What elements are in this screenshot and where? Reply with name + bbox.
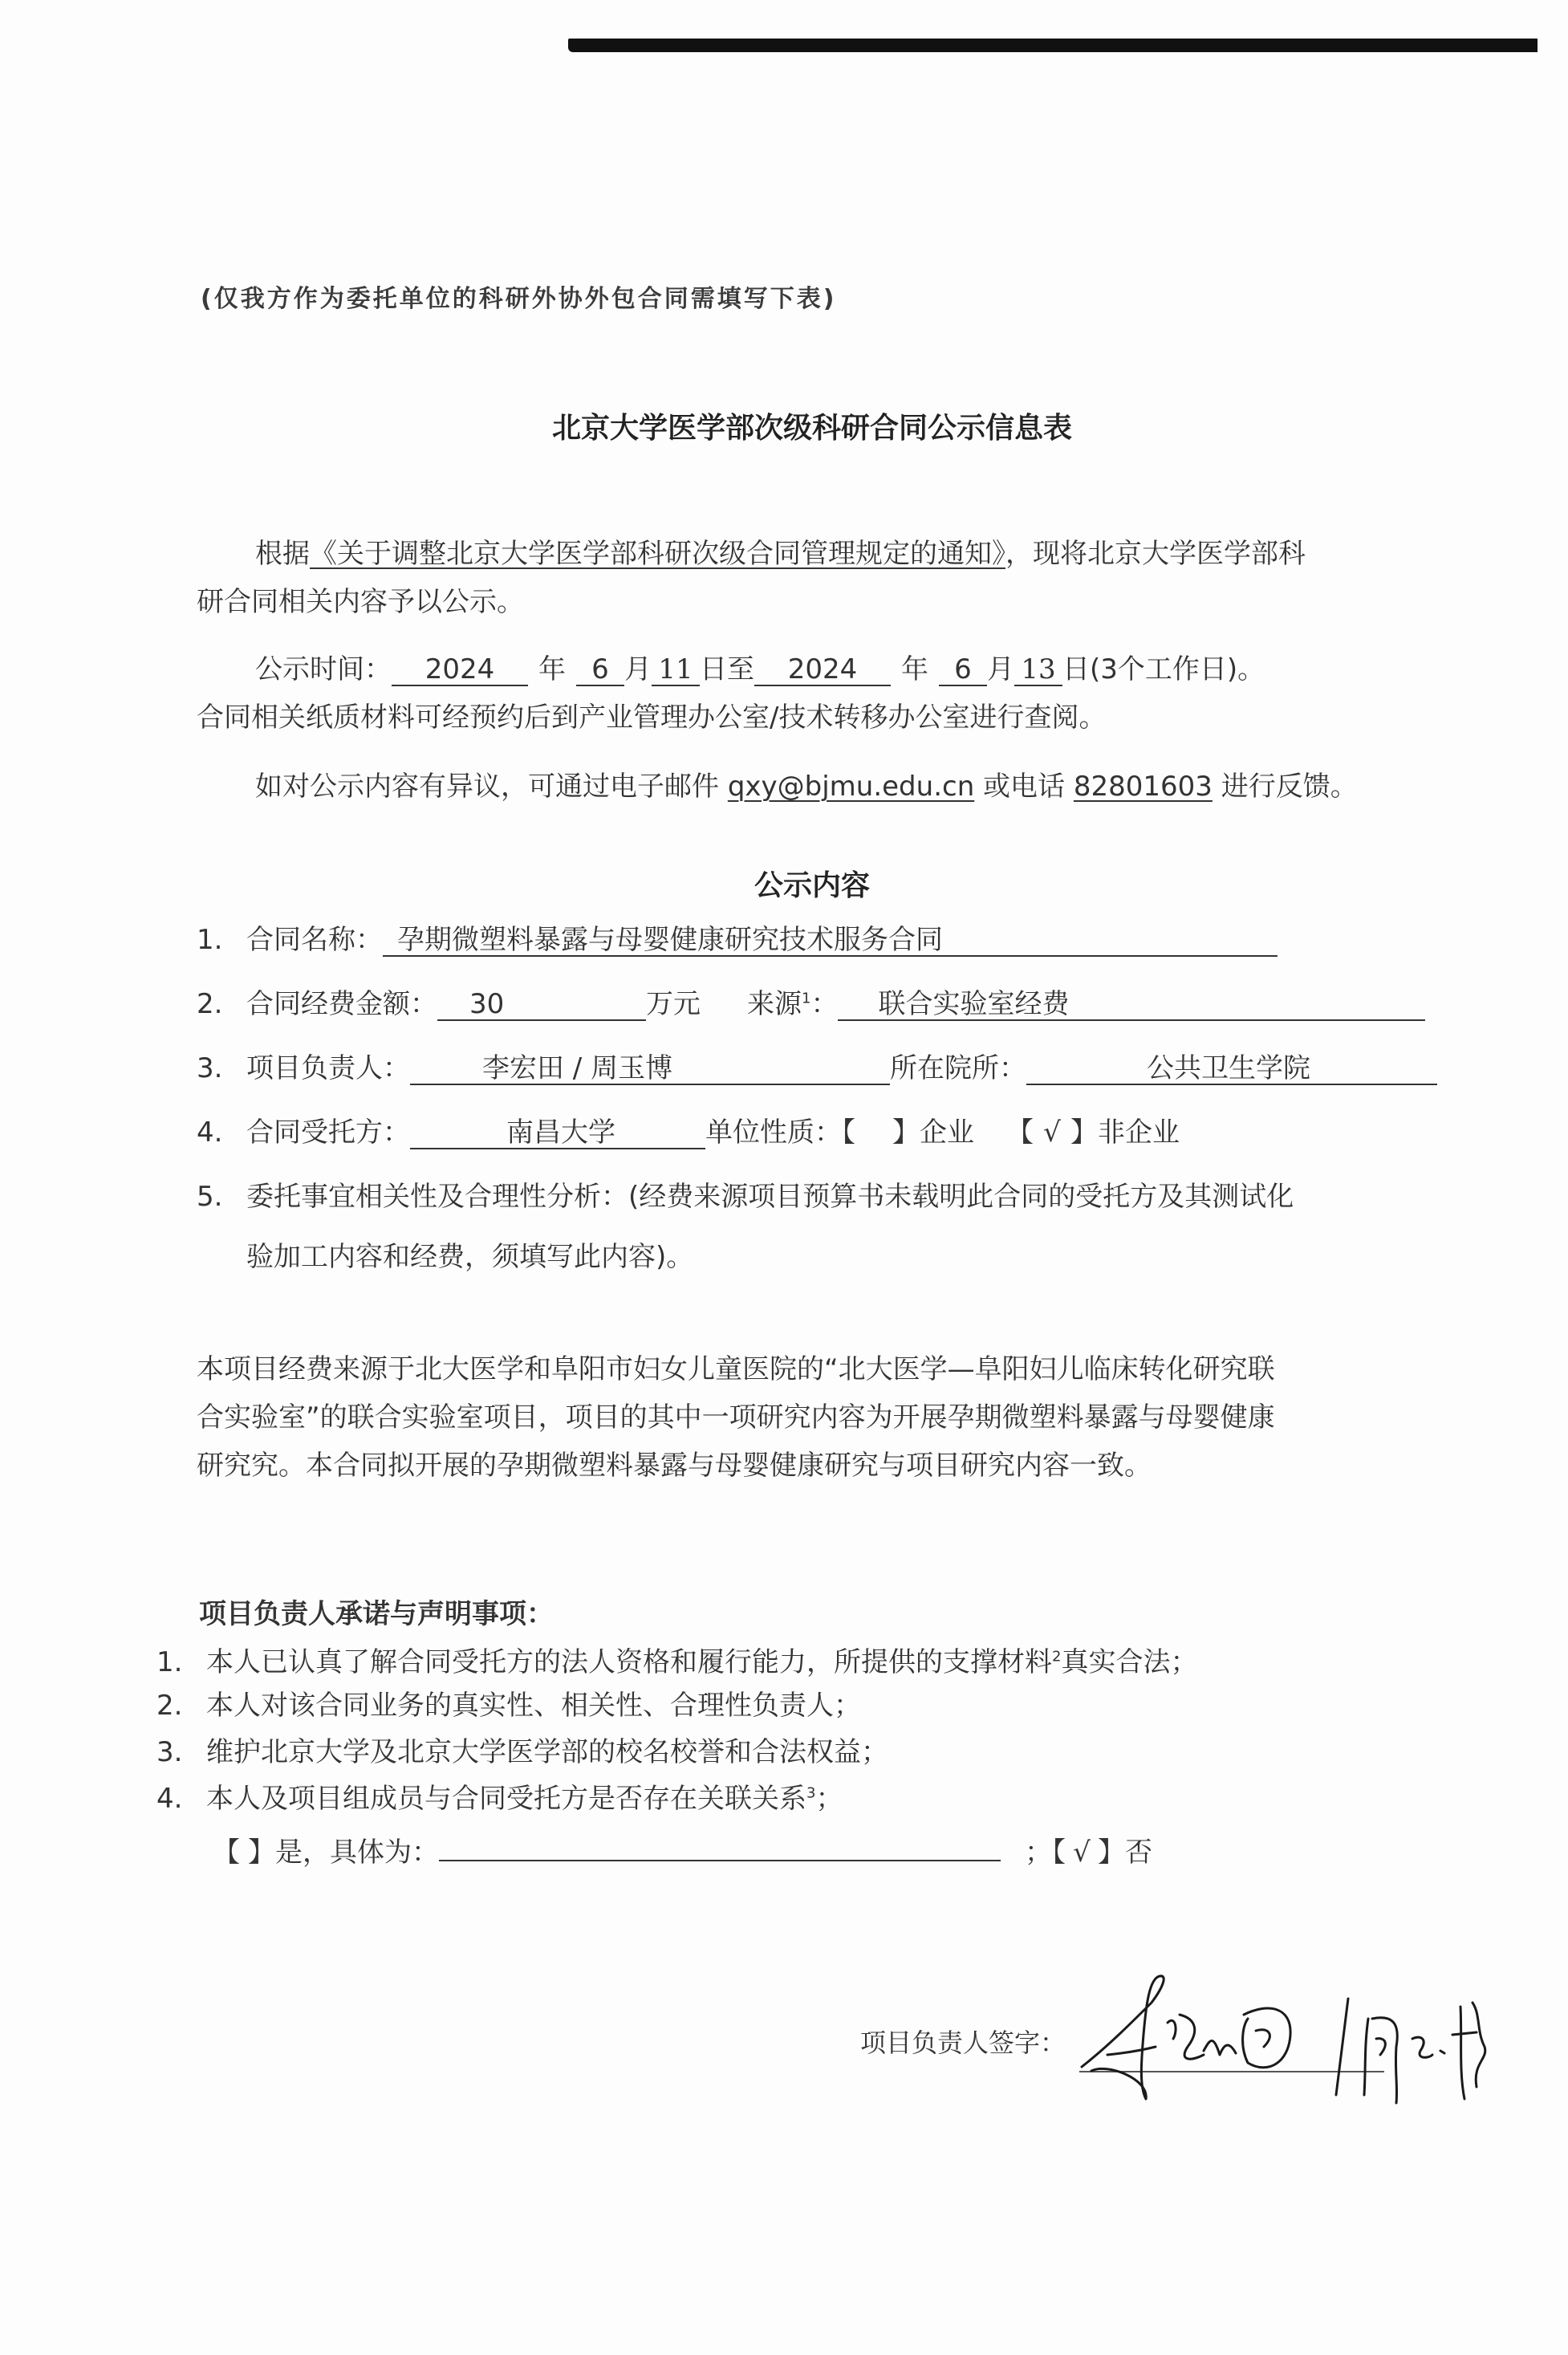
amount-value: 30 <box>437 990 646 1021</box>
signature-label: 项目负责人签字： <box>860 2023 1066 2060</box>
feedback-prefix: 如对公示内容有异议，可通过电子邮件 <box>255 771 728 803</box>
dept-label: 所在院所： <box>890 1052 1026 1084</box>
content-section-title: 公示内容 <box>0 863 1568 904</box>
analysis-line-1: 本项目经费来源于北大医学和阜阳市妇女儿童医院的“北大医学—阜阳妇儿临床转化研究联 <box>197 1347 1275 1386</box>
item-analysis-line-2: 验加工内容和经费，须填写此内容)。 <box>246 1234 693 1274</box>
intro-line-1: 根据《关于调整北京大学医学部科研次级合同管理规定的通知》，现将北京大学医学部科 <box>255 531 1306 571</box>
footnote-1: 1 <box>802 990 810 1007</box>
end-day: 13 <box>1014 655 1062 686</box>
publicity-period: 公示时间：2024年6月11日至2024年6月13日(3个工作日)。 <box>255 647 1265 686</box>
page-title: 北京大学医学部次级科研合同公示信息表 <box>0 405 1568 446</box>
working-days-note: (3个工作日)。 <box>1090 653 1265 685</box>
non-enterprise-checkbox: 【√】 <box>1006 1116 1098 1149</box>
contract-name-value: 孕期微塑料暴露与母婴健康研究技术服务合同 <box>383 925 1278 957</box>
item-analysis-line-1: 委托事宜相关性及合理性分析：(经费来源项目预算书未载明此合同的受托方及其测试化 <box>246 1181 1294 1213</box>
start-month-unit: 月 <box>624 653 652 685</box>
end-day-unit: 日 <box>1062 653 1090 685</box>
start-month: 6 <box>576 655 624 686</box>
end-year-unit: 年 <box>891 655 939 685</box>
item-label: 合同经费金额： <box>246 988 437 1020</box>
leader-value: 李宏田 / 周玉博 <box>410 1054 890 1085</box>
footnote-3: 3 <box>806 1785 815 1802</box>
dept-value: 公共卫生学院 <box>1026 1054 1437 1085</box>
commitment-title: 项目负责人承诺与声明事项： <box>199 1592 554 1631</box>
instruction-note: (仅我方作为委托单位的科研外协外包合同需填写下表) <box>201 279 836 314</box>
source-value: 联合实验室经费 <box>838 990 1425 1021</box>
relation-no-checkbox: 【√】 <box>1052 1836 1125 1869</box>
feedback-phone: 82801603 <box>1074 771 1213 803</box>
relation-no-label: 否 <box>1125 1836 1152 1869</box>
analysis-line-2: 合实验室”的联合实验室项目，项目的其中一项研究内容为开展孕期微塑料暴露与母婴健康 <box>197 1395 1275 1434</box>
page-top-edge-bar <box>568 39 1538 52</box>
intro-line-2: 研合同相关内容予以公示。 <box>197 580 524 619</box>
relation-yes-checkbox: 【】 <box>213 1836 275 1869</box>
start-day: 11 <box>652 655 700 686</box>
item-contractor: 4.合同受托方：南昌大学单位性质：【】企业【√】非企业 <box>197 1110 1180 1149</box>
feedback-email[interactable]: qxy@bjmu.edu.cn <box>728 771 974 803</box>
footnote-2: 2 <box>1052 1649 1061 1666</box>
item-label: 合同名称： <box>246 924 383 956</box>
period-label: 公示时间： <box>255 653 392 685</box>
intro-prefix: 根据 <box>255 538 310 570</box>
item-analysis-heading: 5.委托事宜相关性及合理性分析：(经费来源项目预算书未载明此合同的受托方及其测试… <box>197 1174 1294 1214</box>
regulation-title: 《关于调整北京大学医学部科研次级合同管理规定的通知》 <box>310 538 1005 570</box>
source-label: 来源 <box>747 988 802 1020</box>
commitment-item-2: 2.本人对该合同业务的真实性、相关性、合理性负责人； <box>156 1683 861 1723</box>
item-number: 3. <box>197 1052 246 1084</box>
relation-yes-label: 是，具体为： <box>275 1836 439 1869</box>
enterprise-label: 企业 <box>920 1116 974 1149</box>
commitment-item-4: 4.本人及项目组成员与合同受托方是否存在关联关系3； <box>156 1776 843 1816</box>
period-to: 日至 <box>700 653 754 685</box>
item-number: 1. <box>197 924 246 956</box>
commitment-item-1: 1.本人已认真了解合同受托方的法人资格和履行能力，所提供的支撑材料2真实合法； <box>156 1640 1197 1679</box>
relation-detail-blank <box>439 1860 1001 1861</box>
end-year: 2024 <box>754 655 891 686</box>
materials-note: 合同相关纸质材料可经预约后到产业管理办公室/技术转移办公室进行查阅。 <box>197 695 1106 734</box>
amount-unit: 万元 <box>646 988 701 1020</box>
analysis-line-3: 研究究。本合同拟开展的孕期微塑料暴露与母婴健康研究与项目研究内容一致。 <box>197 1443 1152 1483</box>
feedback-line: 如对公示内容有异议，可通过电子邮件 qxy@bjmu.edu.cn 或电话 82… <box>255 764 1358 803</box>
enterprise-checkbox: 【】 <box>842 1116 920 1149</box>
relation-options: 【】是，具体为：；【√】否 <box>213 1830 1152 1869</box>
item-label: 合同受托方： <box>246 1116 410 1149</box>
start-year-unit: 年 <box>528 655 576 685</box>
contractor-value: 南昌大学 <box>410 1118 705 1149</box>
feedback-middle: 或电话 <box>974 771 1074 803</box>
item-project-leader: 3.项目负责人：李宏田 / 周玉博所在院所：公共卫生学院 <box>197 1046 1437 1085</box>
commitment-item-3: 3.维护北京大学及北京大学医学部的校名校誉和合法权益； <box>156 1730 888 1769</box>
source-colon: ： <box>810 988 838 1020</box>
item-contract-amount: 2.合同经费金额：30万元来源1：联合实验室经费 <box>197 982 1425 1021</box>
feedback-suffix: 进行反馈。 <box>1213 771 1358 803</box>
item-number: 2. <box>197 988 246 1020</box>
handwritten-signature <box>1075 1958 1557 2135</box>
item-label: 项目负责人： <box>246 1052 410 1084</box>
start-year: 2024 <box>392 655 528 686</box>
non-enterprise-label: 非企业 <box>1098 1116 1180 1149</box>
relation-separator: ； <box>1025 1836 1052 1869</box>
item-contract-name: 1.合同名称：孕期微塑料暴露与母婴健康研究技术服务合同 <box>197 917 1278 957</box>
end-month-unit: 月 <box>987 653 1014 685</box>
item-number: 5. <box>197 1181 246 1213</box>
nature-label: 单位性质： <box>705 1116 842 1149</box>
end-month: 6 <box>939 655 987 686</box>
intro-suffix: ，现将北京大学医学部科 <box>1005 538 1306 570</box>
item-number: 4. <box>197 1116 246 1149</box>
